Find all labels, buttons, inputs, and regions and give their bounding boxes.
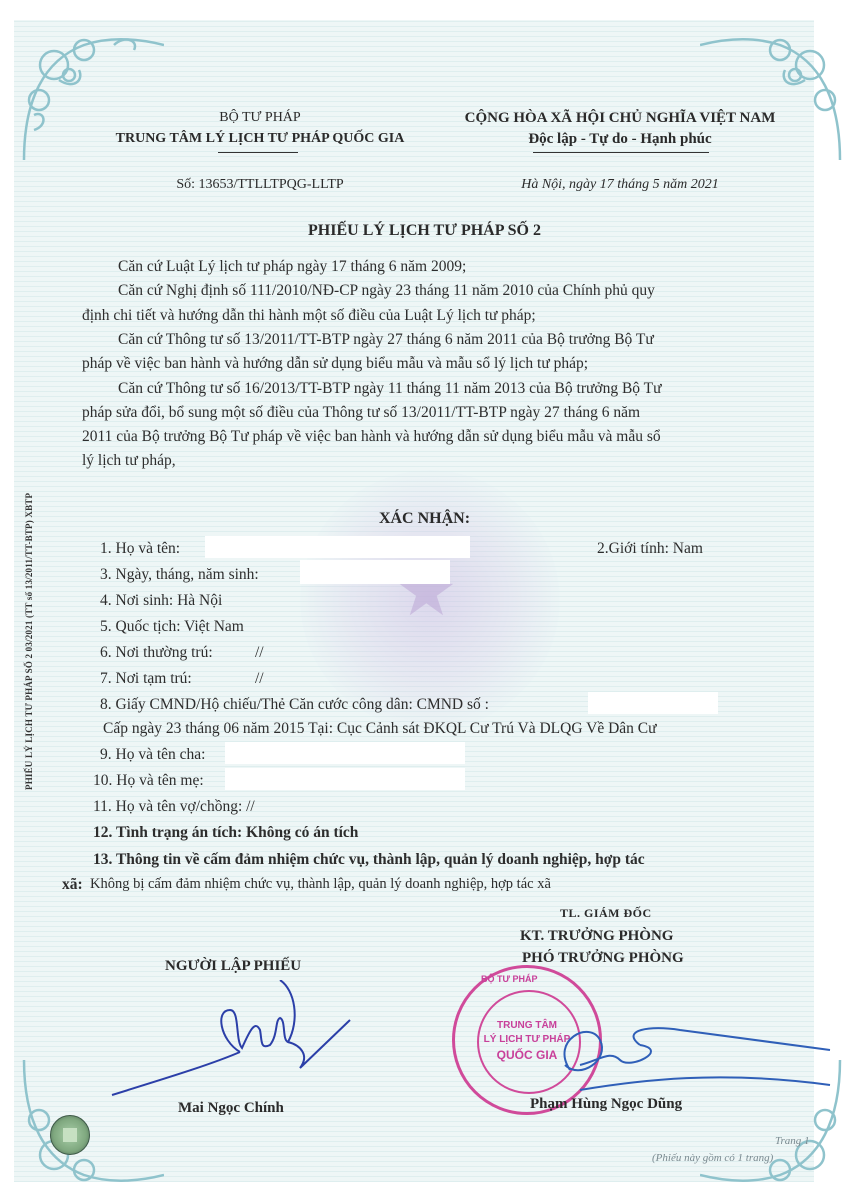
- preamble-line: Căn cứ Nghị định số 111/2010/NĐ-CP ngày …: [118, 282, 655, 300]
- field-id-document: 8. Giấy CMND/Hộ chiếu/Thẻ Căn cước công …: [100, 696, 489, 714]
- agency-underline: [218, 152, 298, 153]
- place-date: Hà Nội, ngày 17 tháng 5 năm 2021: [420, 177, 820, 193]
- field-nationality: 5. Quốc tịch: Việt Nam: [100, 618, 244, 636]
- redacted-full-name: [205, 536, 470, 558]
- ministry-name: BỘ TƯ PHÁP: [80, 110, 440, 126]
- field-full-name: 1. Họ và tên:: [100, 540, 180, 558]
- preamble-line: định chi tiết và hướng dẫn thi hành một …: [82, 307, 536, 325]
- redacted-mother-name: [225, 768, 465, 790]
- preamble-line: Căn cứ Luật Lý lịch tư pháp ngày 17 thán…: [118, 258, 466, 276]
- field-gender: 2.Giới tính: Nam: [597, 540, 703, 558]
- redacted-id-number: [588, 692, 718, 714]
- agency-name: TRUNG TÂM LÝ LỊCH TƯ PHÁP QUỐC GIA: [80, 131, 440, 147]
- field-prohibition-heading: 13. Thông tin về cấm đảm nhiệm chức vụ, …: [93, 851, 645, 869]
- field-criminal-record: 12. Tình trạng án tích: Không có án tích: [93, 824, 358, 842]
- preamble-line: Căn cứ Thông tư số 16/2013/TT-BTP ngày 1…: [118, 380, 662, 398]
- preamble-line: pháp sửa đổi, bổ sung một số điều của Th…: [82, 404, 640, 422]
- field-mother-name: 10. Họ và tên mẹ:: [93, 772, 204, 790]
- watermark-emblem: ★: [300, 470, 560, 730]
- preamble-line: 2011 của Bộ trưởng Bộ Tư pháp về việc ba…: [82, 428, 661, 446]
- ornament-corner-top-left: [14, 20, 164, 170]
- confirm-heading: XÁC NHẬN:: [0, 510, 849, 528]
- field-prohibition-value: Không bị cấm đảm nhiệm chức vụ, thành lậ…: [90, 876, 551, 893]
- field-birth-place: 4. Nơi sinh: Hà Nội: [100, 592, 222, 610]
- stamp-rim-text: BỘ TƯ PHÁP: [481, 974, 537, 984]
- motto-underline: [533, 152, 709, 153]
- field-permanent-residence-value: //: [255, 644, 264, 662]
- field-permanent-residence: 6. Nơi thường trú:: [100, 644, 213, 662]
- field-temporary-residence-value: //: [255, 670, 264, 688]
- redacted-father-name: [225, 742, 465, 764]
- director-name: Phạm Hùng Ngọc Dũng: [530, 1096, 682, 1113]
- field-id-issue: Cấp ngày 23 tháng 06 năm 2015 Tại: Cục C…: [103, 720, 657, 738]
- security-hologram: [50, 1115, 90, 1155]
- country-name: CỘNG HÒA XÃ HỘI CHỦ NGHĨA VIỆT NAM: [420, 110, 820, 127]
- document-title: PHIẾU LÝ LỊCH TƯ PHÁP SỐ 2: [0, 222, 849, 240]
- document-number: Số: 13653/TTLLTPQG-LLTP: [80, 177, 440, 193]
- director-signature: [520, 1010, 840, 1110]
- field-prohibition-prefix: xã:: [62, 876, 83, 894]
- side-form-code: PHIẾU LÝ LỊCH TƯ PHÁP SỐ 2 03/2021 (TT s…: [24, 493, 34, 790]
- field-spouse-name: 11. Họ và tên vợ/chồng: //: [93, 798, 255, 816]
- signer-authority-3: PHÓ TRƯỞNG PHÒNG: [522, 950, 684, 967]
- preamble-line: Căn cứ Thông tư số 13/2011/TT-BTP ngày 2…: [118, 331, 654, 349]
- preamble-line: lý lịch tư pháp,: [82, 452, 176, 470]
- issuer-name: Mai Ngọc Chính: [178, 1100, 284, 1117]
- field-temporary-residence: 7. Nơi tạm trú:: [100, 670, 192, 688]
- redacted-birth-date: [300, 560, 450, 584]
- signer-authority-1: TL. GIÁM ĐỐC: [560, 906, 652, 921]
- motto: Độc lập - Tự do - Hạnh phúc: [420, 131, 820, 148]
- page-count-note: (Phiếu này gồm có 1 trang): [652, 1152, 773, 1164]
- page-number: Trang 1: [775, 1135, 810, 1147]
- issuer-title: NGƯỜI LẬP PHIẾU: [165, 958, 301, 975]
- field-birth-date: 3. Ngày, tháng, năm sinh:: [100, 566, 259, 584]
- signer-authority-2: KT. TRƯỞNG PHÒNG: [520, 928, 673, 945]
- preamble-line: pháp về việc ban hành và hướng dẫn sử dụ…: [82, 355, 588, 373]
- field-father-name: 9. Họ và tên cha:: [100, 746, 205, 764]
- issuer-signature: [100, 980, 360, 1100]
